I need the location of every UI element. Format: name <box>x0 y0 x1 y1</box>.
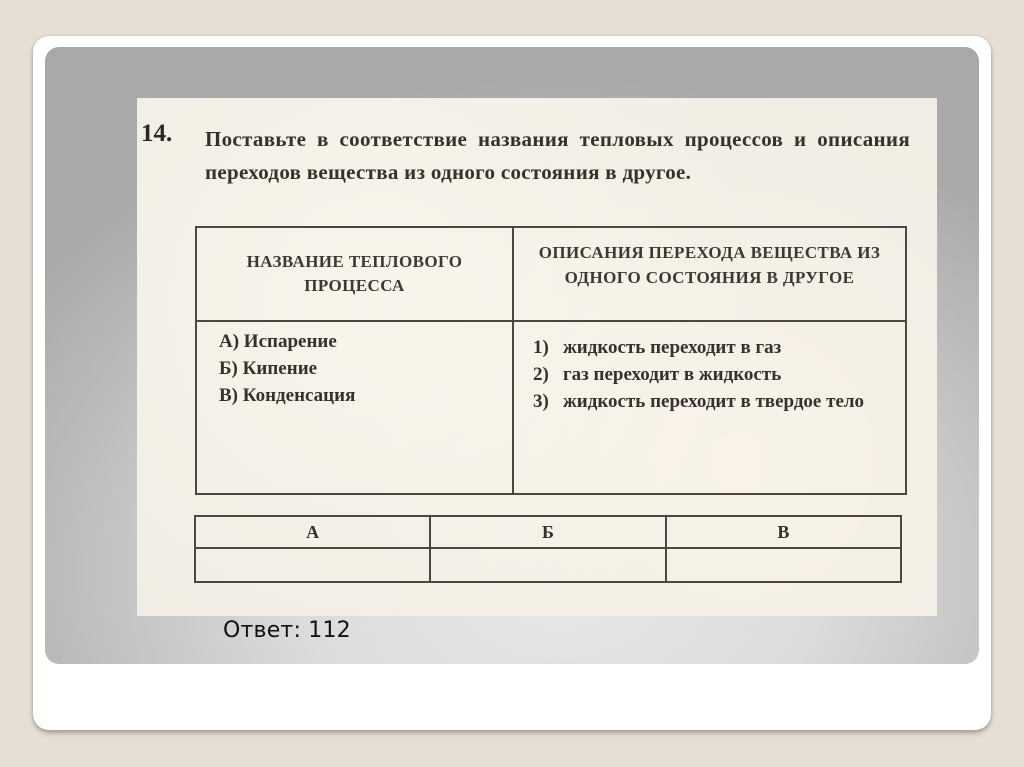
description-number: 1) <box>533 334 549 361</box>
answer-value-row <box>195 548 901 582</box>
task-number: 14. <box>141 120 172 148</box>
description-item: 3) жидкость переходит в твердое тело <box>533 388 893 415</box>
description-number: 3) <box>533 388 549 415</box>
description-list: 1) жидкость переходит в газ 2) газ перех… <box>533 334 893 415</box>
answer-table: А Б В <box>194 515 902 583</box>
content-panel: 14. Поставьте в соответствие названия те… <box>45 47 979 664</box>
matching-table: НАЗВАНИЕ ТЕПЛОВОГО ПРОЦЕССА ОПИСАНИЯ ПЕР… <box>195 226 907 495</box>
textbook-scan: 14. Поставьте в соответствие названия те… <box>137 98 937 616</box>
answer-cell-a <box>195 548 430 582</box>
process-item: В) Конденсация <box>219 382 355 409</box>
description-text: жидкость переходит в газ <box>563 337 781 358</box>
answer-header-b: Б <box>430 516 665 548</box>
process-item: Б) Кипение <box>219 355 355 382</box>
description-item: 2) газ переходит в жидкость <box>533 361 893 388</box>
answer-header-row: А Б В <box>195 516 901 548</box>
answer-header-a: А <box>195 516 430 548</box>
description-text: жидкость переходит в твердое тело <box>563 391 864 412</box>
task-text: Поставьте в соответствие названия теплов… <box>205 123 910 189</box>
row-divider <box>197 320 905 322</box>
answer-cell-v <box>666 548 901 582</box>
answer-text: Ответ: 112 <box>223 618 351 643</box>
header-process-name: НАЗВАНИЕ ТЕПЛОВОГО ПРОЦЕССА <box>197 250 512 298</box>
answer-header-v: В <box>666 516 901 548</box>
description-text: газ переходит в жидкость <box>563 364 781 385</box>
process-item: А) Испарение <box>219 328 355 355</box>
description-number: 2) <box>533 361 549 388</box>
answer-cell-b <box>430 548 665 582</box>
description-item: 1) жидкость переходит в газ <box>533 334 893 361</box>
process-list: А) Испарение Б) Кипение В) Конденсация <box>219 328 355 409</box>
header-transition-description: ОПИСАНИЯ ПЕРЕХОДА ВЕЩЕСТВА ИЗ ОДНОГО СОС… <box>514 240 905 290</box>
